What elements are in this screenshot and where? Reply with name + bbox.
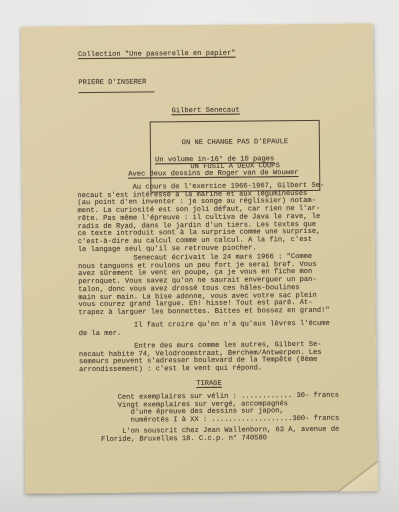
author-name: Gilbert Senecaut [172, 108, 240, 116]
document-page: Collection "Une passerelle en papier" PR… [21, 23, 377, 493]
volume-info: Un volume in-16° de 10 pages [155, 156, 274, 165]
book-title-line-1: ON NE CHANGE PAS D'EPAULE [151, 139, 319, 148]
collection-label: Collection "Une passerelle en papier" [78, 51, 236, 60]
tirage-heading: TIRAGE [196, 381, 222, 389]
photo-background: Collection "Une passerelle en papier" PR… [0, 0, 399, 512]
paragraph-4-address: Entre des murs comme les autres, Gilbert… [79, 342, 322, 375]
priere-d-inserer-heading: PRIERE D'INSERER [78, 79, 154, 92]
illustration-credit: Avec deux dessins de Roger van de Wouwer [128, 170, 298, 179]
paragraph-2-quote: Senecaut écrivait le 24 mars 1966 : "Com… [78, 254, 330, 318]
paragraph-1: Au cours de l'exercice 1966-1967, Gilber… [77, 183, 325, 255]
folded-corner [338, 461, 378, 491]
tirage-details: Cent exemplaires sur vélin : ...........… [79, 393, 339, 426]
subscription-info: L'on souscrit chez Jean Wallenborn, 63 A… [80, 427, 340, 445]
paragraph-3: Il faut croire qu'on n'a qu'aux lèvres l… [79, 321, 330, 339]
